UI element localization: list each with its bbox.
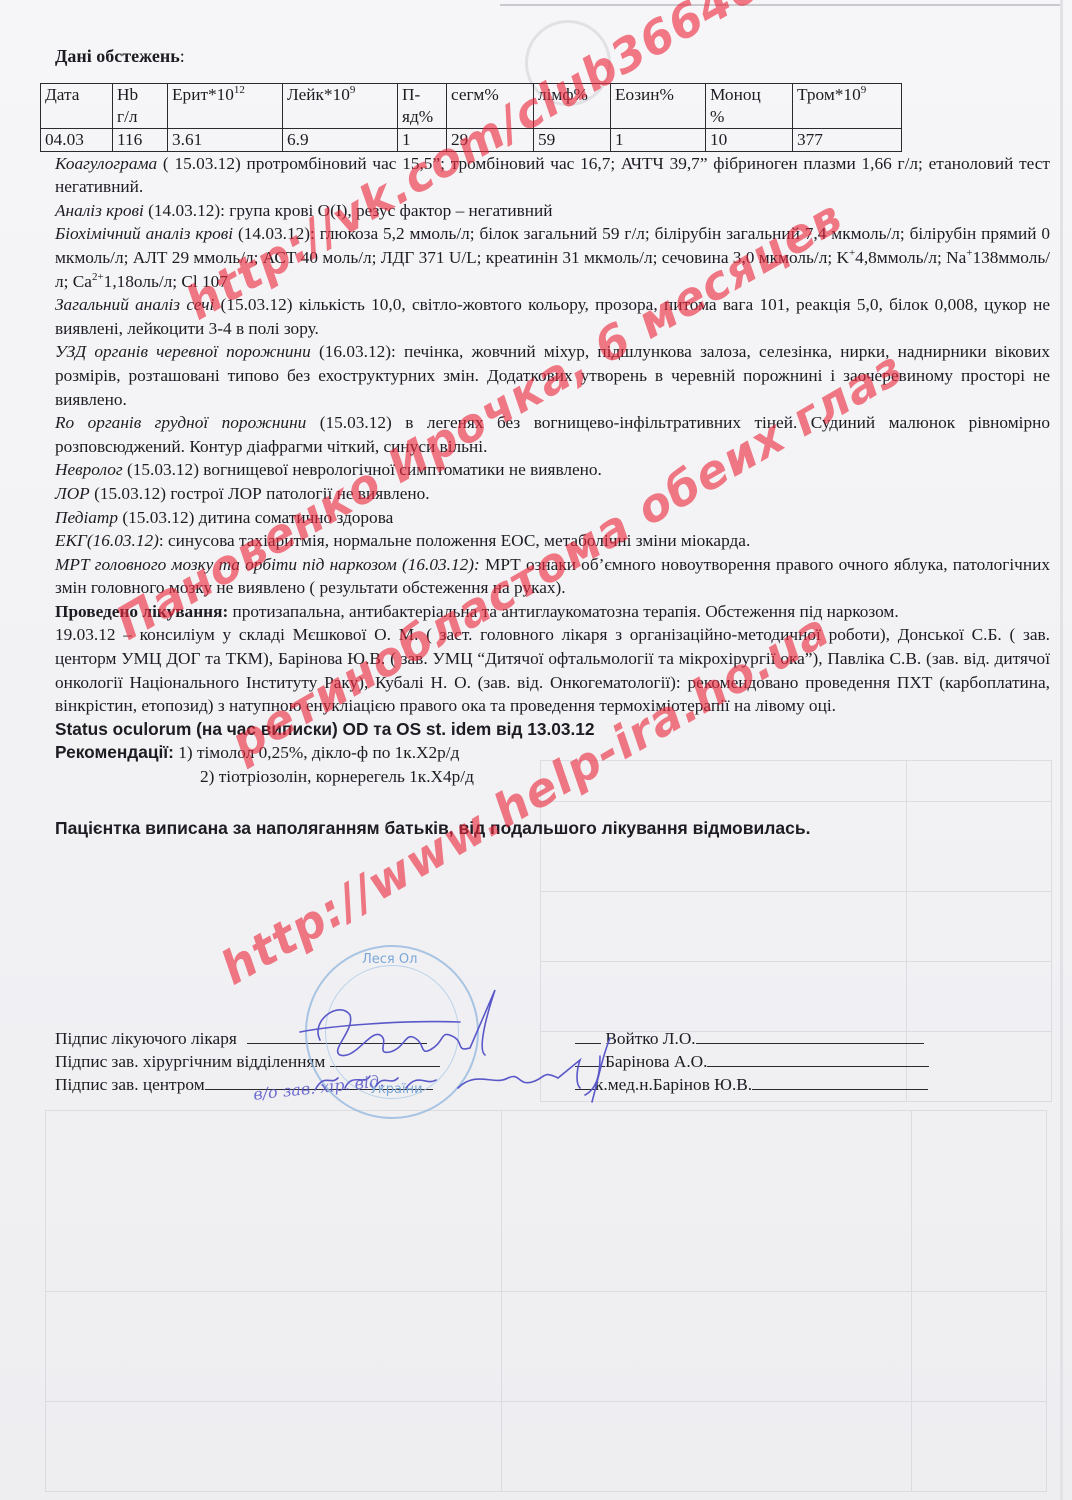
scanned-page: Дані обстежень: ДатаHbг/лЕрит*1012Лейк*1…	[0, 0, 1072, 1500]
stamp-top-text: Леся Ол	[362, 952, 417, 967]
discharge-statement: Пацієнтка виписана за наполяганням батьк…	[55, 817, 1050, 841]
table-cell: 116	[113, 128, 168, 151]
signature-name: Войтко Л.О.	[605, 1029, 695, 1048]
coagulogram-paragraph: Коагулограма ( 15.03.12) протромбіновий …	[55, 152, 1050, 199]
status-oculorum: Status oculorum (на час виписки) OD та O…	[55, 718, 1050, 742]
neurologist-paragraph: Невролог (15.03.12) вогнищевої неврологі…	[55, 458, 1050, 482]
paper-edge-right	[1060, 0, 1063, 1500]
signature-name: к.мед.н.Барінов Ю.В.	[595, 1075, 752, 1094]
signature-label: Підпис зав. центром	[55, 1075, 205, 1094]
column-header: Тром*109	[793, 83, 902, 128]
signature-name: Барінова А.О.	[605, 1052, 707, 1071]
bleed-through-table	[45, 1110, 1047, 1492]
signature-label: Підпис зав. хірургічним відділенням	[55, 1052, 325, 1071]
document-body: Дані обстежень: ДатаHbг/лЕрит*1012Лейк*1…	[55, 30, 1050, 840]
table-cell: 6.9	[283, 128, 398, 151]
column-header: Лейк*109	[283, 83, 398, 128]
table-cell: 10	[706, 128, 793, 151]
column-header: Hbг/л	[113, 83, 168, 128]
xray-paragraph: Ro органів грудної порожнини (15.03.12) …	[55, 411, 1050, 458]
column-header: Еозин%	[611, 83, 706, 128]
paper-edge	[500, 4, 1060, 6]
signature-label: Підпис лікуючого лікаря	[55, 1029, 237, 1048]
council-paragraph: 19.03.12 – консиліум у складі Мєшкової О…	[55, 623, 1050, 717]
table-cell: 04.03	[41, 128, 113, 151]
blood-group-paragraph: Аналіз крові (14.03.12): група крові О(І…	[55, 199, 1050, 223]
column-header: Дата	[41, 83, 113, 128]
column-header: Ерит*1012	[168, 83, 283, 128]
column-header: Моноц%	[706, 83, 793, 128]
column-header: П-яд%	[398, 83, 447, 128]
stamp-bottom-text: України	[370, 1082, 423, 1097]
table-cell: 3.61	[168, 128, 283, 151]
table-cell: 377	[793, 128, 902, 151]
pediatrician-paragraph: Педіатр (15.03.12) дитина соматично здор…	[55, 506, 1050, 530]
ent-paragraph: ЛОР (15.03.12) гострої ЛОР патології не …	[55, 482, 1050, 506]
table-cell: 1	[611, 128, 706, 151]
